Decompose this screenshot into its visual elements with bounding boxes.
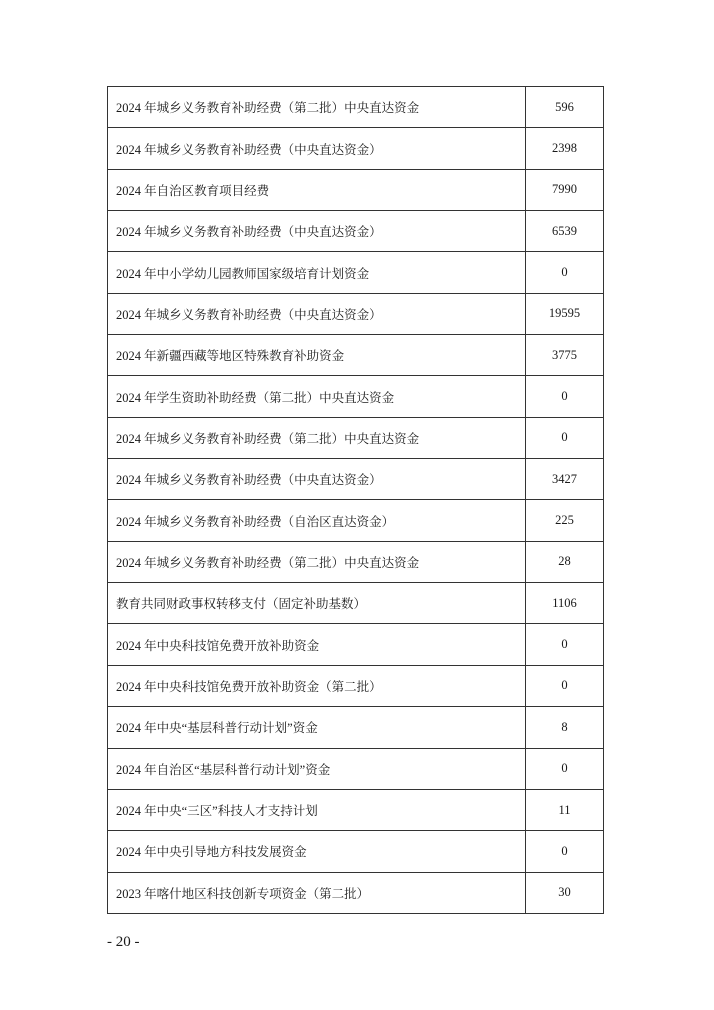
amount-cell: 3427	[526, 459, 604, 500]
amount-cell: 0	[526, 665, 604, 706]
table-row: 2024 年学生资助补助经费（第二批）中央直达资金0	[108, 376, 604, 417]
table-row: 2024 年城乡义务教育补助经费（中央直达资金）3427	[108, 459, 604, 500]
table-row: 2024 年城乡义务教育补助经费（中央直达资金）6539	[108, 211, 604, 252]
amount-cell: 0	[526, 417, 604, 458]
item-name-cell: 2024 年城乡义务教育补助经费（第二批）中央直达资金	[108, 417, 526, 458]
amount-cell: 8	[526, 707, 604, 748]
item-name-cell: 2023 年喀什地区科技创新专项资金（第二批）	[108, 872, 526, 913]
amount-cell: 3775	[526, 335, 604, 376]
amount-cell: 225	[526, 500, 604, 541]
table-row: 2024 年新疆西藏等地区特殊教育补助资金3775	[108, 335, 604, 376]
table-row: 2024 年中央科技馆免费开放补助资金（第二批）0	[108, 665, 604, 706]
table-row: 2024 年自治区“基层科普行动计划”资金0	[108, 748, 604, 789]
amount-cell: 28	[526, 541, 604, 582]
table-row: 2024 年中小学幼儿园教师国家级培育计划资金0	[108, 252, 604, 293]
funding-table: 2024 年城乡义务教育补助经费（第二批）中央直达资金5962024 年城乡义务…	[107, 86, 604, 914]
table-row: 2024 年城乡义务教育补助经费（第二批）中央直达资金596	[108, 87, 604, 128]
table-row: 2024 年中央“基层科普行动计划”资金8	[108, 707, 604, 748]
amount-cell: 0	[526, 252, 604, 293]
amount-cell: 0	[526, 624, 604, 665]
table-row: 2024 年城乡义务教育补助经费（中央直达资金）19595	[108, 293, 604, 334]
amount-cell: 0	[526, 831, 604, 872]
table-row: 2024 年中央科技馆免费开放补助资金0	[108, 624, 604, 665]
item-name-cell: 2024 年学生资助补助经费（第二批）中央直达资金	[108, 376, 526, 417]
item-name-cell: 2024 年自治区“基层科普行动计划”资金	[108, 748, 526, 789]
table-row: 2024 年城乡义务教育补助经费（第二批）中央直达资金28	[108, 541, 604, 582]
amount-cell: 11	[526, 789, 604, 830]
amount-cell: 7990	[526, 169, 604, 210]
item-name-cell: 2024 年中小学幼儿园教师国家级培育计划资金	[108, 252, 526, 293]
item-name-cell: 2024 年城乡义务教育补助经费（第二批）中央直达资金	[108, 87, 526, 128]
table-row: 2024 年自治区教育项目经费7990	[108, 169, 604, 210]
amount-cell: 2398	[526, 128, 604, 169]
amount-cell: 0	[526, 376, 604, 417]
amount-cell: 30	[526, 872, 604, 913]
amount-cell: 596	[526, 87, 604, 128]
table-row: 2024 年城乡义务教育补助经费（自治区直达资金）225	[108, 500, 604, 541]
item-name-cell: 2024 年新疆西藏等地区特殊教育补助资金	[108, 335, 526, 376]
item-name-cell: 2024 年中央引导地方科技发展资金	[108, 831, 526, 872]
amount-cell: 0	[526, 748, 604, 789]
table-row: 2024 年城乡义务教育补助经费（中央直达资金）2398	[108, 128, 604, 169]
item-name-cell: 2024 年自治区教育项目经费	[108, 169, 526, 210]
item-name-cell: 2024 年城乡义务教育补助经费（中央直达资金）	[108, 293, 526, 334]
item-name-cell: 2024 年中央“三区”科技人才支持计划	[108, 789, 526, 830]
table-row: 2024 年中央引导地方科技发展资金0	[108, 831, 604, 872]
page-number: - 20 -	[107, 934, 140, 951]
table-row: 教育共同财政事权转移支付（固定补助基数）1106	[108, 583, 604, 624]
item-name-cell: 2024 年中央科技馆免费开放补助资金	[108, 624, 526, 665]
item-name-cell: 2024 年城乡义务教育补助经费（第二批）中央直达资金	[108, 541, 526, 582]
item-name-cell: 教育共同财政事权转移支付（固定补助基数）	[108, 583, 526, 624]
table-row: 2024 年城乡义务教育补助经费（第二批）中央直达资金0	[108, 417, 604, 458]
table-row: 2023 年喀什地区科技创新专项资金（第二批）30	[108, 872, 604, 913]
item-name-cell: 2024 年中央“基层科普行动计划”资金	[108, 707, 526, 748]
item-name-cell: 2024 年城乡义务教育补助经费（中央直达资金）	[108, 211, 526, 252]
item-name-cell: 2024 年中央科技馆免费开放补助资金（第二批）	[108, 665, 526, 706]
item-name-cell: 2024 年城乡义务教育补助经费（中央直达资金）	[108, 128, 526, 169]
item-name-cell: 2024 年城乡义务教育补助经费（中央直达资金）	[108, 459, 526, 500]
amount-cell: 6539	[526, 211, 604, 252]
table-row: 2024 年中央“三区”科技人才支持计划11	[108, 789, 604, 830]
item-name-cell: 2024 年城乡义务教育补助经费（自治区直达资金）	[108, 500, 526, 541]
amount-cell: 1106	[526, 583, 604, 624]
amount-cell: 19595	[526, 293, 604, 334]
